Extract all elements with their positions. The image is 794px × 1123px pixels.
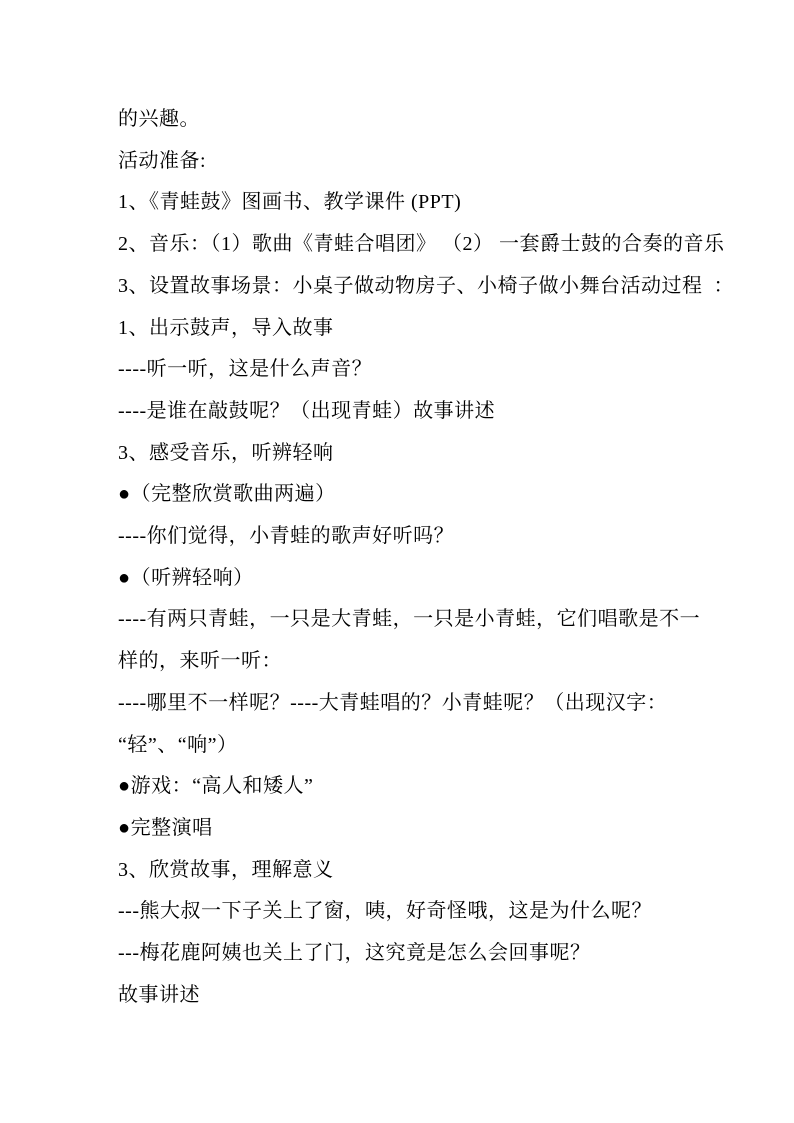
- text-line: 3、欣赏故事，理解意义: [118, 850, 754, 892]
- text-line: ----是谁在敲鼓呢？（出现青蛙）故事讲述: [118, 391, 754, 433]
- text-line: 3、设置故事场景：小桌子做动物房子、小椅子做小舞台活动过程 ：: [118, 266, 754, 308]
- text-line: ●（听辨轻响）: [118, 558, 754, 600]
- text-line: 故事讲述: [118, 975, 754, 1017]
- text-line: ---梅花鹿阿姨也关上了门，这究竟是怎么会回事呢？: [118, 933, 754, 975]
- text-line: 1、出示鼓声，导入故事: [118, 308, 754, 350]
- text-line: ----你们觉得，小青蛙的歌声好听吗？: [118, 516, 754, 558]
- text-line: ----有两只青蛙，一只是大青蛙，一只是小青蛙，它们唱歌是不一: [118, 599, 754, 641]
- text-line: 活动准备:: [118, 141, 754, 183]
- text-line: 3、感受音乐，听辨轻响: [118, 433, 754, 475]
- text-line: ----哪里不一样呢？----大青蛙唱的？小青蛙呢？（出现汉字：: [118, 683, 754, 725]
- text-line: “轻”、“响”）: [118, 725, 754, 767]
- text-line: ---熊大叔一下子关上了窗，咦，好奇怪哦，这是为什么呢？: [118, 891, 754, 933]
- text-line: 的兴趣。: [118, 99, 754, 141]
- text-line: ----听一听，这是什么声音？: [118, 349, 754, 391]
- text-line: 样的，来听一听：: [118, 641, 754, 683]
- text-line: ●完整演唱: [118, 808, 754, 850]
- text-line: ●游戏：“高人和矮人”: [118, 766, 754, 808]
- document-page: 的兴趣。 活动准备: 1、《青蛙鼓》图画书、教学课件 (PPT) 2、音乐：（1…: [0, 0, 794, 1123]
- text-line: ●（完整欣赏歌曲两遍）: [118, 474, 754, 516]
- text-line: 1、《青蛙鼓》图画书、教学课件 (PPT): [118, 182, 754, 224]
- document-text-block: 的兴趣。 活动准备: 1、《青蛙鼓》图画书、教学课件 (PPT) 2、音乐：（1…: [118, 99, 754, 1016]
- text-line: 2、音乐：（1）歌曲《青蛙合唱团》 （2） 一套爵士鼓的合奏的音乐: [118, 224, 754, 266]
